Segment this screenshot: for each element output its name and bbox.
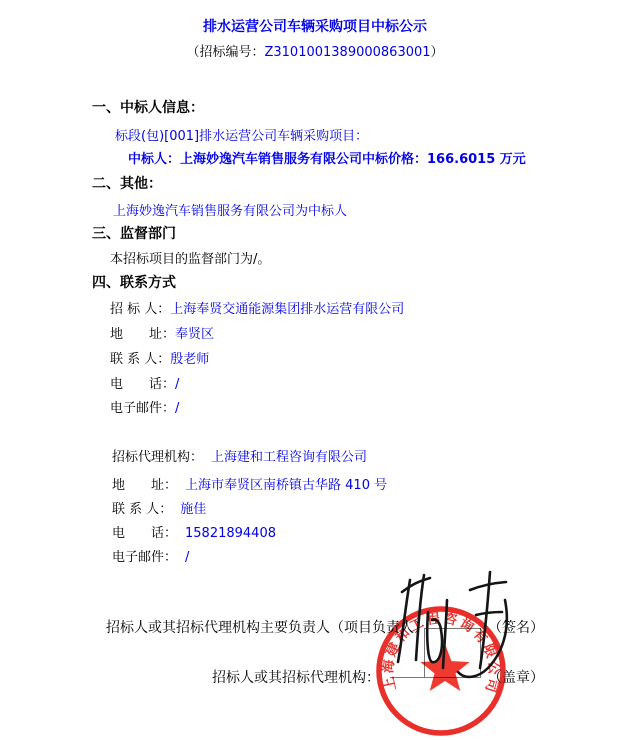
- agency-contact: 施佳: [180, 502, 206, 517]
- org-line-label: 招标人或其招标代理机构：: [212, 667, 380, 687]
- winner-name: 上海妙逸汽车销售服务有限公司: [180, 152, 362, 167]
- address-label: 地 址：: [112, 474, 177, 493]
- bid-number-prefix: （招标编号：: [186, 45, 264, 60]
- tenderer-row: 地 址：奉贤区: [110, 323, 214, 342]
- section1-heading: 一、中标人信息：: [92, 97, 204, 117]
- section2-body: 上海妙逸汽车销售服务有限公司为中标人: [113, 200, 347, 219]
- agency-row: 招标代理机构：上海建和工程咨询有限公司: [112, 446, 367, 465]
- tenderer-label: 招 标 人：: [110, 298, 170, 317]
- agency-address: 上海市奉贤区南桥镇古华路 410 号: [185, 478, 387, 493]
- section3-heading: 三、监督部门: [92, 223, 176, 243]
- lot-line: 标段(包)[001]排水运营公司车辆采购项目：: [115, 125, 368, 144]
- agency-label: 招标代理机构：: [112, 446, 203, 465]
- bid-number: Z3101001389000863001: [264, 45, 430, 60]
- tenderer-email: /: [175, 401, 179, 416]
- winner-label: 中标人：: [128, 152, 180, 167]
- agency-row: 电子邮件：/: [112, 546, 189, 565]
- agency-phone: 15821894408: [185, 526, 276, 541]
- contact-label: 联 系 人：: [112, 498, 172, 517]
- bid-number-suffix: ）: [431, 45, 444, 60]
- agency-row: 电 话：15821894408: [112, 522, 276, 541]
- agency-name: 上海建和工程咨询有限公司: [211, 450, 367, 465]
- contact-label: 联 系 人：: [110, 348, 170, 367]
- section2-heading: 二、其他：: [92, 173, 162, 193]
- tenderer-contact: 殷老师: [170, 352, 209, 367]
- tenderer-name: 上海奉贤交通能源集团排水运营有限公司: [170, 302, 404, 317]
- tenderer-row: 电子邮件：/: [110, 397, 179, 416]
- tenderer-address: 奉贤区: [175, 327, 214, 342]
- agency-row: 联 系 人：施佳: [112, 498, 206, 517]
- tenderer-phone: /: [175, 377, 179, 392]
- agency-row: 地 址：上海市奉贤区南桥镇古华路 410 号: [112, 474, 387, 493]
- agency-email: /: [185, 550, 189, 565]
- document-page: { "page": { "title": "排水运营公司车辆采购项目中标公示",…: [0, 0, 630, 740]
- section4-heading: 四、联系方式: [92, 272, 176, 292]
- price-value: 166.6015 万元: [427, 152, 526, 167]
- email-label: 电子邮件：: [110, 397, 175, 416]
- phone-label: 电 话：: [112, 522, 177, 541]
- phone-label: 电 话：: [110, 373, 175, 392]
- handwritten-signature: [390, 563, 522, 685]
- tenderer-row: 电 话：/: [110, 373, 179, 392]
- tenderer-row: 招 标 人：上海奉贤交通能源集团排水运营有限公司: [110, 298, 404, 317]
- winner-line: 中标人：上海妙逸汽车销售服务有限公司: [128, 148, 362, 167]
- address-label: 地 址：: [110, 323, 175, 342]
- email-label: 电子邮件：: [112, 546, 177, 565]
- section3-body: 本招标项目的监督部门为/。: [110, 248, 270, 267]
- page-title: 排水运营公司车辆采购项目中标公示: [0, 16, 630, 36]
- price-label: 中标价格：: [362, 152, 427, 167]
- price-line: 中标价格：166.6015 万元: [362, 148, 526, 167]
- bid-number-line: （招标编号：Z3101001389000863001）: [0, 41, 630, 60]
- tenderer-row: 联 系 人：殷老师: [110, 348, 209, 367]
